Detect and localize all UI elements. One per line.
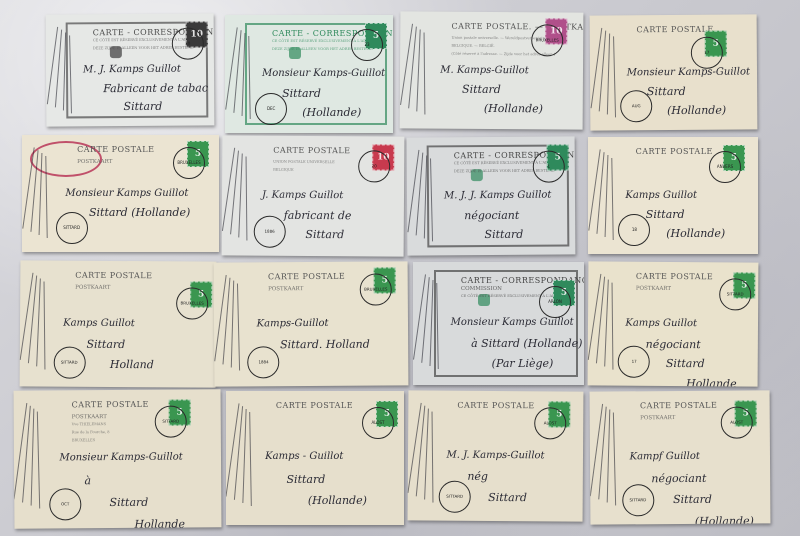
postmark: 1 [533,150,565,182]
card-title: CARTE POSTALE [268,272,345,282]
handwritten-address-line: Sittard [109,496,148,509]
postmark: ALOST [362,407,394,439]
postmark-text: SITTARD [629,498,646,503]
postmark-text: DEC [267,107,275,111]
postcard: CARTE POSTALEPOSTKAARTVve THIELEMANSRue … [14,389,222,528]
card-title: CARTE POSTALE [276,401,353,410]
handwritten-address-line: Hollande [686,377,737,386]
card-printed-text: Rue de la Fourche, 8 [72,430,110,434]
card-printed-text: POSTKAART [72,414,107,420]
handwritten-note-mark [248,36,250,119]
card-printed-text: POSTKAART [640,415,675,421]
postmark: 1884 [247,346,279,378]
handwritten-address-line: à Sittard (Hollande) [471,337,582,350]
postcard: CARTE - CORRESPONDANCECE CÔTÉ EST RÉSERV… [46,13,215,126]
handwritten-note-mark [225,27,237,109]
postmark-text: 18 [185,41,190,45]
handwritten-address-line: Kamps Guillot [63,317,135,329]
handwritten-address-line: M. J. J. Kamps Guillot [444,190,552,202]
handwritten-note-mark [246,157,248,241]
handwritten-note-mark [44,281,46,369]
card-title: CARTE POSTALE [636,147,713,156]
postmark: ARLON [539,286,571,318]
handwritten-address-line: Sittard [123,100,162,113]
handwritten-address-line: Monsieur Kamps-Guillot [262,68,385,79]
handwritten-address-line: Sittard [287,473,326,486]
card-printed-text: BELGIQUE [273,168,294,172]
handwritten-note-mark [612,283,614,370]
postcard: CARTE - CORRESPONDANCECE CÔTÉ EST RÉSERV… [407,136,576,255]
handwritten-address-line: Sittard [646,208,685,221]
card-title: CARTE POSTALE [457,401,534,411]
handwritten-address-line: négociant [464,209,519,222]
postcard: CARTE POSTALEPOSTKAART5BRUXELLESSITTARDK… [20,260,217,387]
postcard: CARTE POSTALE5ALOSTKamps - GuillotSittar… [226,391,404,525]
handwritten-note-mark [605,155,609,237]
handwritten-note-mark [37,412,40,509]
postmark: BRUXELLES [176,287,208,319]
card-title: CARTE POSTALE [640,401,717,411]
postmark: 20 [358,150,390,182]
handwritten-address-line: Sittard [462,83,501,96]
handwritten-address-line: Kamps Guillot [625,317,697,329]
postmark-text: ALOST [730,420,743,424]
handwritten-address-line: Sittard (Hollande) [89,206,190,219]
handwritten-address-line: Kampf Guillot [630,451,700,462]
postcard: CARTE POSTALEPOSTKAART5SITTARD17Kamps Gu… [588,261,759,386]
postmark-text: SITTARD [162,419,179,424]
handwritten-note-mark [432,412,434,503]
handwritten-note-mark [604,280,609,367]
postmark: 1886 [253,216,285,248]
handwritten-address-line: J. Kamps Guillot [262,190,343,202]
card-title: CARTE POSTALE [72,400,149,410]
handwritten-address-line: Sittard [86,338,125,351]
postmark-text: 23 [364,43,369,47]
handwritten-note-mark [237,284,240,371]
postcard: CARTE POSTALEPOSTKAART5BRUXELLESSITTARDM… [22,135,219,252]
postmark-text: 18 [632,228,637,232]
handwritten-address-line: M. J. Kamps Guillot [83,64,181,76]
postmark: ANVERS [709,151,741,183]
handwritten-address-line: Sittard [673,493,712,506]
card-printed-text: COMMISSION [461,286,502,292]
handwritten-address-line: Sittard. Holland [280,337,370,351]
postcard: CARTE POSTALE5ALOSTSITTARDM. J. Kamps-Gu… [408,390,584,521]
handwritten-address-line: nég [467,470,488,483]
handwritten-address-line: Monsieur Kamps-Guillot [627,66,750,78]
card-printed-text: BELGIQUE. — BELGIË. [451,44,494,48]
postcard: CARTE - CORRESPONDANCECOMMISSIONCE CÔTÉ … [413,262,584,385]
postmark-text: SITTARD [727,292,744,297]
handwritten-note-mark [424,409,429,500]
card-printed-text: POSTKAART [75,285,110,291]
card-printed-text: UNION POSTALE UNIVERSELLE [273,160,335,164]
handwritten-address-line: Sittard [484,228,523,241]
postmark: 18 [172,27,204,59]
postcard: CARTE POSTALEPOSTKAART5ALOSTSITTARDKampf… [590,390,771,524]
handwritten-note-mark [413,274,426,359]
handwritten-address-line: Monsieur Kamps Guillot [451,317,574,328]
card-printed-text: POSTKAART [77,159,112,165]
card-title: CARTE POSTALE [77,145,154,154]
handwritten-note-mark [416,30,420,112]
postcard: CARTE POSTALEUNION POSTALE UNIVERSELLEBE… [222,135,405,256]
handwritten-note-mark [607,33,610,113]
handwritten-address-line: (Hollande) [308,494,367,507]
handwritten-note-mark [429,280,433,366]
handwritten-address-line: Sittard [666,357,705,370]
handwritten-note-mark [400,24,413,105]
handwritten-address-line: négociant [651,472,706,485]
postmark: OCT [49,488,81,520]
postmark-text: BRUXELLES [177,161,200,165]
handwritten-address-line: M. Kamps-Guillot [440,64,529,76]
handwritten-address-line: Monsieur Kamps-Guillot [59,452,182,464]
handwritten-address-line: Sittard [305,228,344,241]
handwritten-address-line: (Hollande) [695,514,754,524]
handwritten-address-line: (Hollande) [666,227,725,240]
card-title: CARTE POSTALE [636,25,713,35]
card-title: CARTE POSTALE [636,272,713,282]
handwritten-address-line: M. J. Kamps-Guillot [446,449,544,461]
handwritten-note-mark [36,278,41,366]
card-printed-text: BRUXELLES [72,438,95,442]
handwritten-note-mark [611,158,613,240]
postmark-text: ALOST [544,421,557,425]
handwritten-address-line: (Hollande) [302,106,361,119]
handwritten-address-line: fabricant de [284,209,352,222]
postmark-text: 1884 [258,360,268,364]
handwritten-address-line: à [84,474,91,487]
handwritten-note-mark [430,158,433,241]
postmark-text: 1886 [264,229,274,233]
postmark: 23 [351,29,383,61]
postmark: SITTARD [56,212,88,244]
handwritten-address-line: Monsieur Kamps Guillot [65,188,188,199]
handwritten-address-line: (Par Liège) [492,357,554,370]
handwritten-note-mark [69,35,72,113]
card-title: CARTE POSTALE [75,271,152,281]
handwritten-address-line: Hollande [134,518,185,529]
handwritten-address-line: Kamps - Guillot [265,451,343,462]
postmark: SITTARD [155,406,187,438]
postmark-text: 1 [547,164,550,168]
handwritten-note-mark [613,36,616,117]
postmark: SITTARD [622,484,654,516]
handwritten-address-line: négociant [646,337,701,350]
postcard: CARTE - CORRESPONDANCECE CÔTÉ EST RÉSERV… [225,15,393,133]
postmark-text: AUG [632,104,641,108]
handwritten-note-mark [436,283,439,369]
handwritten-note-mark [424,155,427,238]
postmark-text: BRUXELLES [181,301,204,306]
handwritten-address-line: Sittard [282,87,321,100]
handwritten-note-mark [424,33,426,115]
postmark-text: ARLON [548,300,562,304]
postmark: ALOST [721,406,753,438]
postmark-text: ALOST [372,421,385,425]
handwritten-note-mark [607,410,611,503]
postcard: CARTE POSTALE. — POSTKAARTUnion postale … [400,11,584,129]
handwritten-address-line: Kamps-Guillot [257,318,329,330]
handwritten-note-mark [238,154,243,238]
postmark: BRUXELLES [173,147,205,179]
handwritten-address-line: Kamps Guillot [625,190,697,201]
postmark-text: SITTARD [63,226,80,230]
handwritten-note-mark [214,275,226,361]
handwritten-note-mark [222,148,235,231]
handwritten-address-line: (Hollande) [484,102,543,115]
handwritten-note-mark [242,33,246,116]
postmark: BRUXELLES [360,273,392,305]
card-printed-text: POSTKAART [636,286,671,292]
postmark: SITTARD [439,481,471,513]
card-title: CARTE POSTALE [273,146,350,156]
card-printed-text: POSTKAART [268,286,303,292]
handwritten-note-mark [242,409,246,503]
handwritten-note-mark [63,32,66,110]
card-printed-text: Vve THIELEMANS [72,422,106,426]
postmark: SITTARD [719,278,751,310]
handwritten-address-line: Holland [110,358,154,371]
postmark-text: 17 [632,360,637,364]
handwritten-note-mark [613,412,616,505]
postmark-text: ANVERS [717,165,733,169]
postmark-text: 17 [704,51,709,55]
handwritten-address-line: Sittard [647,85,686,98]
handwritten-note-mark [31,409,35,506]
postmark-text: BRUXELLES [364,287,387,292]
postmark: BRUXELLES [531,24,563,56]
postcard: CARTE POSTALE5ANVERS18Kamps GuillotSitta… [588,137,758,254]
handwritten-note-mark [22,147,34,228]
handwritten-note-mark [231,281,234,368]
postcard: CARTE POSTALE517AUGMonsieur Kamps-Guillo… [590,14,758,130]
postmark-text: BRUXELLES [536,38,559,43]
postmark: 17 [691,37,723,69]
postmark: SITTARD [53,347,85,379]
handwritten-note-mark [588,149,600,230]
handwritten-note-mark [590,404,603,496]
postmark-text: OCT [61,502,69,506]
postcard: CARTE POSTALEPOSTKAART5BRUXELLES1884Kamp… [214,261,409,386]
handwritten-address-line: Sittard [488,491,527,504]
postmark-text: 20 [372,164,377,168]
postmark-text: SITTARD [446,494,463,499]
handwritten-note-mark [249,412,252,506]
postmark: ALOST [534,407,566,439]
handwritten-address-line: (Hollande) [667,103,726,116]
postmark-text: SITTARD [61,360,78,365]
handwritten-address-line: Fabricant de tabac [103,82,208,96]
